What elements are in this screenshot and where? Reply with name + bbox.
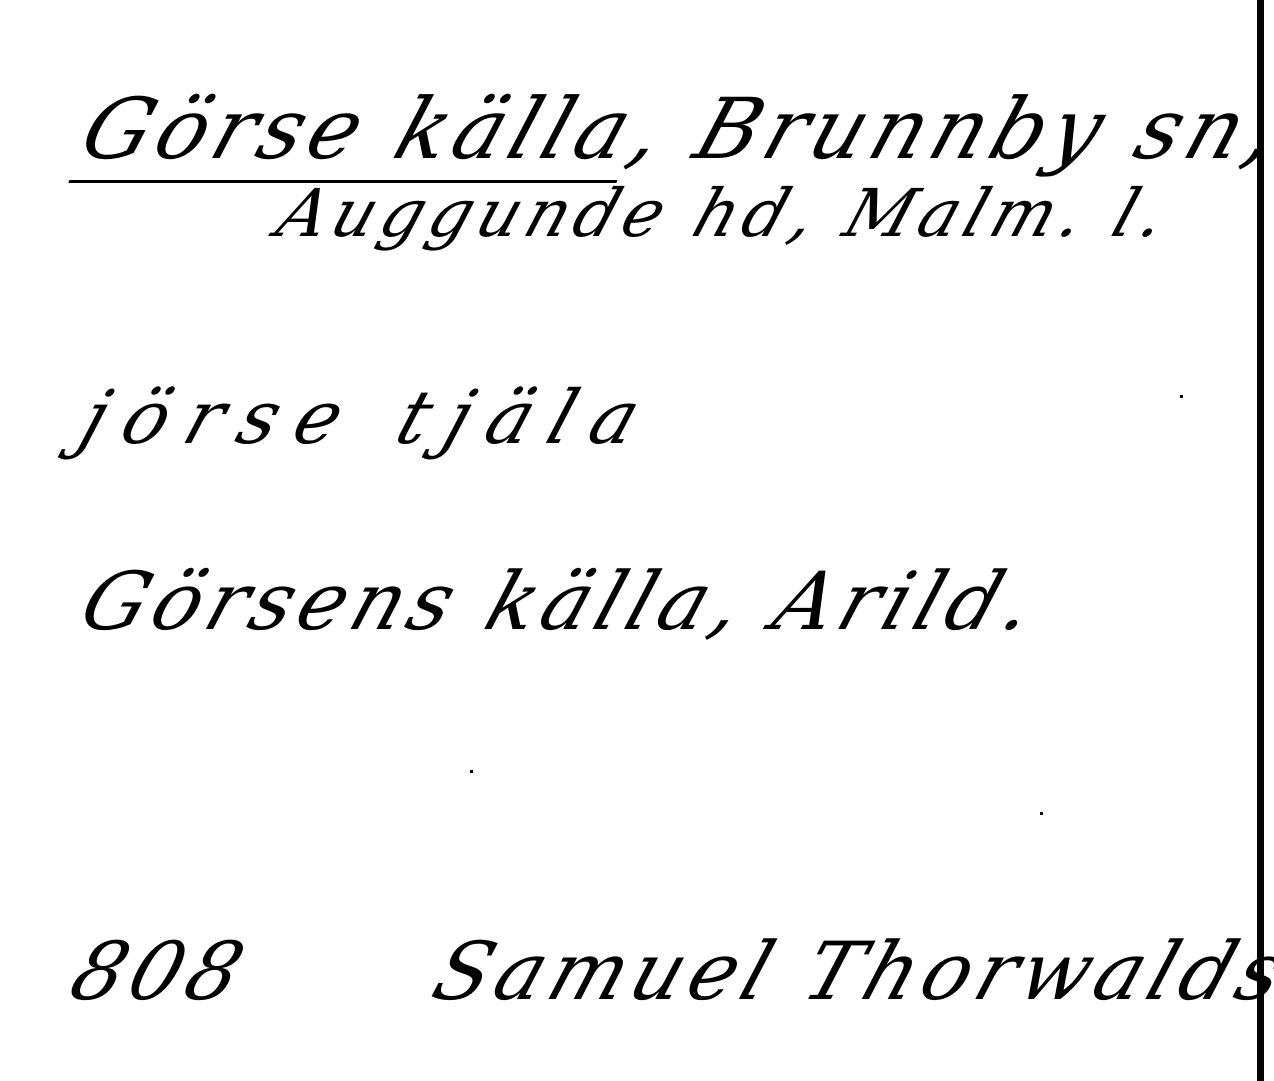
scan-speck bbox=[1180, 395, 1183, 398]
pronunciation-line: jörse tjäla bbox=[70, 375, 669, 461]
scan-speck bbox=[470, 770, 473, 773]
record-number: 808 bbox=[60, 925, 261, 1018]
headword: Görse källa bbox=[68, 80, 650, 183]
archive-card: Görse källa, Brunnby sn, Auggunde hd, Ma… bbox=[0, 0, 1274, 1081]
collector-signature: Samuel Thorwaldson bbox=[422, 925, 1274, 1018]
footer-line: 808 Samuel Thorwaldson 1945. bbox=[60, 925, 1274, 1018]
district-line: Auggunde hd, Malm. l. bbox=[268, 175, 1182, 252]
variant-line: Görsens källa, Arild. bbox=[70, 555, 1053, 648]
variant-name: Görsens källa bbox=[70, 555, 730, 648]
informant-place: Arild. bbox=[763, 555, 1053, 648]
entry-line: Görse källa, Brunnby sn, bbox=[70, 80, 1274, 178]
card-edge-border bbox=[1257, 0, 1264, 1081]
scan-speck bbox=[1040, 812, 1043, 815]
parish: Brunnby sn, bbox=[684, 80, 1274, 178]
